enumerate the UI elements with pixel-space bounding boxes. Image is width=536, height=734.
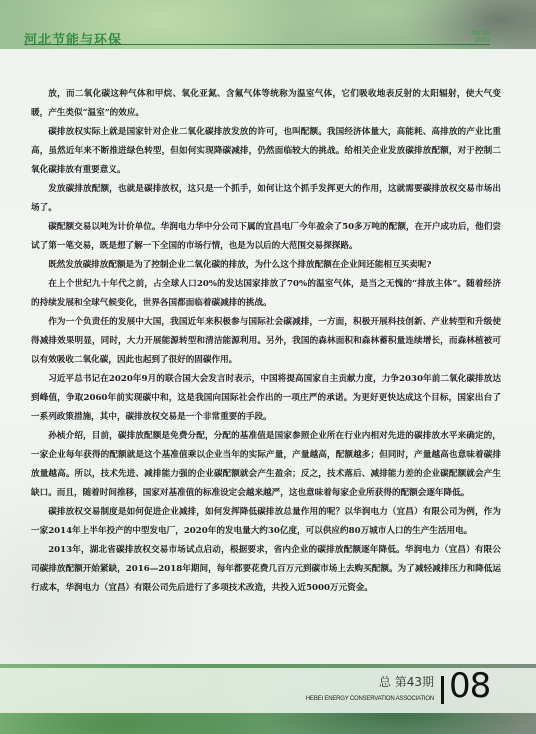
page-number: 08: [449, 666, 490, 706]
paragraph: 在上个世纪九十年代之前，占全球人口20%的发达国家排放了70%的温室气体，是当之…: [31, 275, 501, 313]
total-issue-label: 总 第43期: [379, 673, 434, 690]
paragraph: 碳排放权实际上就是国家针对企业二氧化碳排放发放的许可，也叫配额。我国经济体量大，…: [31, 123, 501, 180]
page-header: 河北节能与环保 No.05 2021: [0, 0, 536, 49]
issue-year: 2021: [471, 37, 490, 44]
paragraph: 放，而二氧化碳这种气体和甲烷、氧化亚氮、含氟气体等统称为温室气体，它们吸收地表反…: [31, 85, 501, 123]
paragraph: 发放碳排放配额，也就是碳排放权，这只是一个抓手，如何让这个抓手发挥更大的作用，这…: [31, 180, 501, 218]
paragraph: 习近平总书记在2020年9月的联合国大会发言时表示，中国将提高国家自主贡献力度，…: [31, 370, 501, 427]
issue-label: No.05 2021: [471, 30, 490, 44]
article-body: 放，而二氧化碳这种气体和甲烷、氧化亚氮、含氟气体等统称为温室气体，它们吸收地表反…: [31, 85, 501, 598]
paragraph: 2013年，湖北省碳排放权交易市场试点启动，根据要求，省内企业的碳排放配额逐年降…: [31, 541, 501, 598]
association-name: HEBEI ENERGY CONSERVATION ASSOCIATION: [306, 696, 434, 702]
header-divider: [24, 44, 490, 45]
paragraph: 碳配额交易以吨为计价单位。华润电力华中分公司下属的宜昌电厂今年盈余了50多万吨的…: [31, 218, 501, 256]
paragraph: 碳排放权交易制度是如何促进企业减排，如何发挥降低碳排放总量作用的呢？以华润电力（…: [31, 503, 501, 541]
magazine-title: 河北节能与环保: [24, 29, 122, 48]
paragraph: 孙桢介绍，目前，碳排放配额是免费分配，分配的基准值是国家参照企业所在行业内相对先…: [31, 427, 501, 503]
paragraph: 作为一个负责任的发展中大国，我国近年来积极参与国际社会碳减排，一方面，积极开展科…: [31, 313, 501, 370]
footer-divider: [441, 676, 444, 704]
issue-number: No.05: [471, 30, 490, 37]
paragraph: 既然发放碳排放配额是为了控制企业二氧化碳的排放，为什么这个排放配额在企业间还能相…: [31, 256, 501, 275]
